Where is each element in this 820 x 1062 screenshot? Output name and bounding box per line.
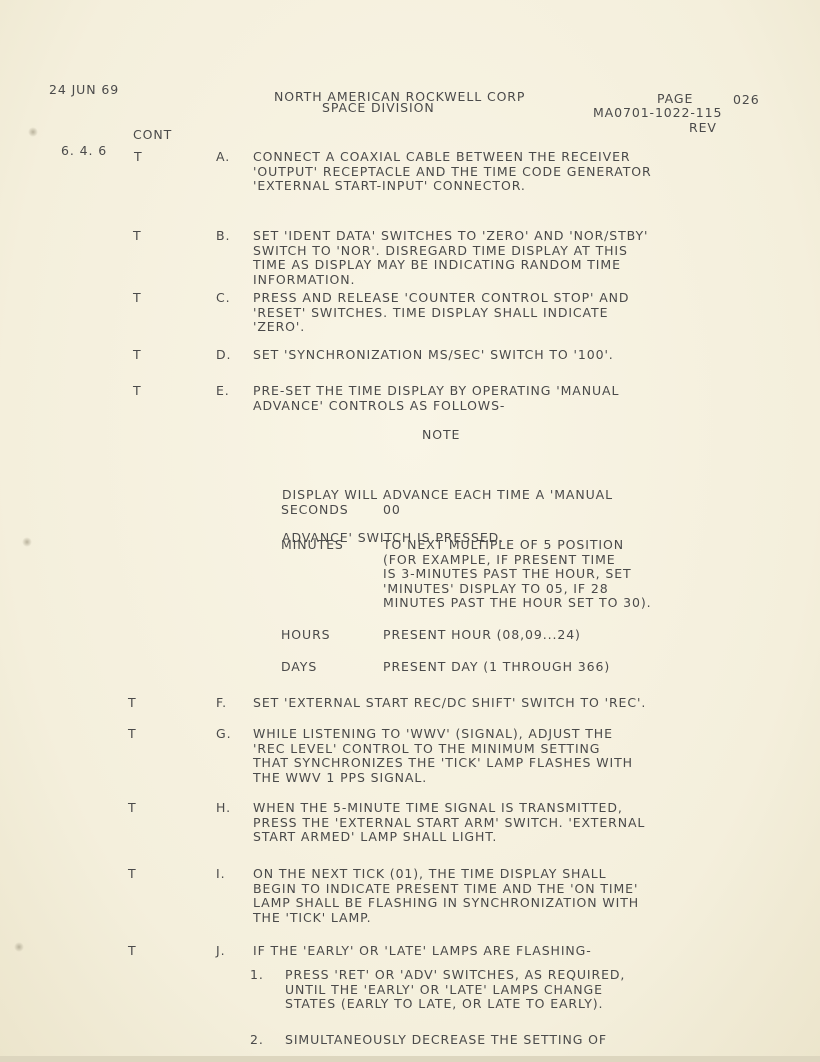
step-text-line: BEGIN TO INDICATE PRESENT TIME AND THE '…	[253, 882, 639, 897]
step-text-line: LAMP SHALL BE FLASHING IN SYNCHRONIZATIO…	[253, 896, 639, 911]
step-text-line: 'OUTPUT' RECEPTACLE AND THE TIME CODE GE…	[253, 165, 652, 180]
paper-speck	[22, 537, 32, 547]
step-marker: T	[128, 867, 137, 881]
step-text: CONNECT A COAXIAL CABLE BETWEEN THE RECE…	[253, 150, 652, 194]
step-letter: I.	[216, 867, 225, 881]
header-page-label: PAGE	[657, 92, 693, 106]
step-text-line: THE 'TICK' LAMP.	[253, 911, 639, 926]
substep-text: PRESS 'RET' OR 'ADV' SWITCHES, AS REQUIR…	[285, 968, 625, 1012]
step-text: SET 'SYNCHRONIZATION MS/SEC' SWITCH TO '…	[253, 348, 614, 363]
step-marker: T	[128, 801, 137, 815]
header-date: 24 JUN 69	[49, 83, 119, 97]
step-marker: T	[128, 696, 137, 710]
step-text-line: ADVANCE' CONTROLS AS FOLLOWS-	[253, 399, 619, 414]
substep-text-line: STATES (EARLY TO LATE, OR LATE TO EARLY)…	[285, 997, 625, 1012]
step-text-line: CONNECT A COAXIAL CABLE BETWEEN THE RECE…	[253, 150, 652, 165]
step-text: PRESS AND RELEASE 'COUNTER CONTROL STOP'…	[253, 291, 629, 335]
step-text: PRE-SET THE TIME DISPLAY BY OPERATING 'M…	[253, 384, 619, 413]
step-marker: T	[134, 150, 143, 164]
settings-value: 00	[383, 503, 401, 518]
header-rev-label: REV	[689, 121, 717, 135]
header-division: SPACE DIVISION	[322, 101, 435, 115]
step-text-line: SET 'EXTERNAL START REC/DC SHIFT' SWITCH…	[253, 696, 646, 711]
step-text-line: IF THE 'EARLY' OR 'LATE' LAMPS ARE FLASH…	[253, 944, 592, 959]
step-text-line: SWITCH TO 'NOR'. DISREGARD TIME DISPLAY …	[253, 244, 648, 259]
step-text-line: 'REC LEVEL' CONTROL TO THE MINIMUM SETTI…	[253, 742, 633, 757]
note-line: DISPLAY WILL ADVANCE EACH TIME A 'MANUAL	[282, 488, 613, 503]
step-marker: T	[133, 348, 142, 362]
step-text-line: START ARMED' LAMP SHALL LIGHT.	[253, 830, 645, 845]
settings-value: PRESENT DAY (1 THROUGH 366)	[383, 660, 610, 675]
settings-value-line: (FOR EXAMPLE, IF PRESENT TIME	[383, 553, 652, 568]
step-text-line: 'RESET' SWITCHES. TIME DISPLAY SHALL IND…	[253, 306, 629, 321]
substep-text-line: UNTIL THE 'EARLY' OR 'LATE' LAMPS CHANGE	[285, 983, 625, 998]
step-text-line: THE WWV 1 PPS SIGNAL.	[253, 771, 633, 786]
step-marker: T	[128, 727, 137, 741]
step-marker: T	[133, 229, 142, 243]
step-letter: C.	[216, 291, 231, 305]
step-letter: E.	[216, 384, 230, 398]
settings-value-line: TO NEXT MULTIPLE OF 5 POSITION	[383, 538, 652, 553]
step-marker: T	[128, 944, 137, 958]
settings-label: DAYS	[281, 660, 317, 674]
paper-speck	[14, 942, 24, 952]
settings-value-line: MINUTES PAST THE HOUR SET TO 30).	[383, 596, 652, 611]
header-page-number: 026	[733, 93, 760, 107]
substep-text-line: SIMULTANEOUSLY DECREASE THE SETTING OF	[285, 1033, 607, 1048]
note-title: NOTE	[422, 428, 460, 442]
step-text: SET 'EXTERNAL START REC/DC SHIFT' SWITCH…	[253, 696, 646, 711]
settings-value: PRESENT HOUR (08,09...24)	[383, 628, 581, 643]
section-cont-label: CONT	[133, 128, 172, 142]
step-letter: F.	[216, 696, 227, 710]
settings-label: SECONDS	[281, 503, 349, 517]
substep-text: SIMULTANEOUSLY DECREASE THE SETTING OF	[285, 1033, 607, 1048]
settings-value-line: 'MINUTES' DISPLAY TO 05, IF 28	[383, 582, 652, 597]
step-text-line: ON THE NEXT TICK (01), THE TIME DISPLAY …	[253, 867, 639, 882]
settings-value: TO NEXT MULTIPLE OF 5 POSITION(FOR EXAMP…	[383, 538, 652, 611]
step-letter: G.	[216, 727, 231, 741]
settings-value-line: 00	[383, 503, 401, 518]
settings-value-line: PRESENT DAY (1 THROUGH 366)	[383, 660, 610, 675]
page-bottom-edge	[0, 1056, 820, 1062]
settings-label: MINUTES	[281, 538, 344, 552]
header-doc-number: MA0701-1022-115	[593, 106, 722, 120]
step-text: WHILE LISTENING TO 'WWV' (SIGNAL), ADJUS…	[253, 727, 633, 785]
settings-label: HOURS	[281, 628, 331, 642]
step-text-line: PRESS AND RELEASE 'COUNTER CONTROL STOP'…	[253, 291, 629, 306]
step-text-line: 'EXTERNAL START-INPUT' CONNECTOR.	[253, 179, 652, 194]
step-text-line: 'ZERO'.	[253, 320, 629, 335]
document-page: 24 JUN 69 NORTH AMERICAN ROCKWELL CORP S…	[0, 0, 820, 1062]
settings-value-line: IS 3-MINUTES PAST THE HOUR, SET	[383, 567, 652, 582]
step-text-line: WHILE LISTENING TO 'WWV' (SIGNAL), ADJUS…	[253, 727, 633, 742]
substep-text-line: PRESS 'RET' OR 'ADV' SWITCHES, AS REQUIR…	[285, 968, 625, 983]
step-text-line: WHEN THE 5-MINUTE TIME SIGNAL IS TRANSMI…	[253, 801, 645, 816]
section-number: 6. 4. 6	[61, 144, 107, 158]
step-text: WHEN THE 5-MINUTE TIME SIGNAL IS TRANSMI…	[253, 801, 645, 845]
substep-number: 1.	[250, 968, 264, 982]
settings-value-line: PRESENT HOUR (08,09...24)	[383, 628, 581, 643]
step-text-line: PRESS THE 'EXTERNAL START ARM' SWITCH. '…	[253, 816, 645, 831]
step-text-line: PRE-SET THE TIME DISPLAY BY OPERATING 'M…	[253, 384, 619, 399]
substep-number: 2.	[250, 1033, 264, 1047]
step-letter: H.	[216, 801, 231, 815]
step-letter: B.	[216, 229, 230, 243]
step-marker: T	[133, 384, 142, 398]
step-marker: T	[133, 291, 142, 305]
step-text-line: TIME AS DISPLAY MAY BE INDICATING RANDOM…	[253, 258, 648, 273]
step-text-line: SET 'IDENT DATA' SWITCHES TO 'ZERO' AND …	[253, 229, 648, 244]
step-letter: A.	[216, 150, 230, 164]
step-text: ON THE NEXT TICK (01), THE TIME DISPLAY …	[253, 867, 639, 925]
step-text: SET 'IDENT DATA' SWITCHES TO 'ZERO' AND …	[253, 229, 648, 287]
step-text-line: SET 'SYNCHRONIZATION MS/SEC' SWITCH TO '…	[253, 348, 614, 363]
step-text-line: INFORMATION.	[253, 273, 648, 288]
step-text-line: THAT SYNCHRONIZES THE 'TICK' LAMP FLASHE…	[253, 756, 633, 771]
paper-speck	[28, 127, 38, 137]
step-text: IF THE 'EARLY' OR 'LATE' LAMPS ARE FLASH…	[253, 944, 592, 959]
step-letter: D.	[216, 348, 231, 362]
step-letter: J.	[216, 944, 225, 958]
